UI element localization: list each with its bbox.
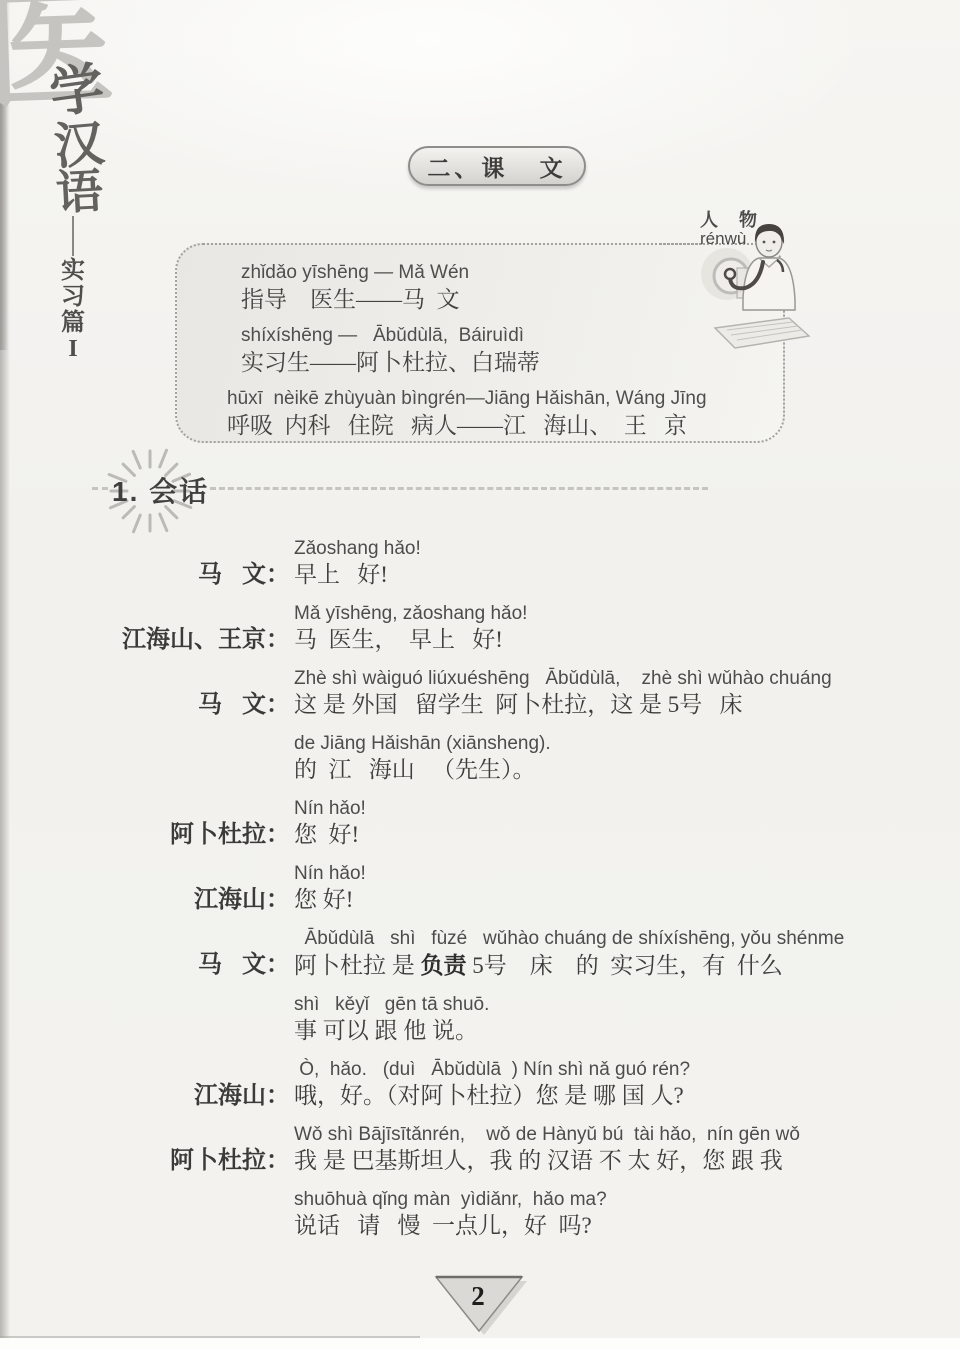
sidebar-title-char: 学	[47, 61, 108, 122]
utterance: 阿卜杜拉： Nín hǎo! 您 好!	[56, 798, 912, 863]
pinyin-line: Zhè shì wàiguó liúxuéshēng Ābǔdùlā, zhè …	[294, 668, 912, 690]
speaker-label: 江海山、王京：	[56, 603, 290, 655]
sidebar-series-char: 实	[58, 258, 88, 284]
sidebar-series-char: 习	[58, 284, 88, 310]
page-number-triangle: 2	[434, 1275, 530, 1337]
speaker-label: 阿卜杜拉：	[56, 1124, 290, 1176]
lesson-title-pill: 二、课 文	[408, 146, 586, 186]
utterance: 江海山、王京： Mǎ yīshēng, zǎoshang hǎo! 马 医生， …	[56, 603, 912, 668]
pinyin-line: de Jiāng Hǎishān (xiānsheng).	[294, 733, 912, 755]
pinyin-line: Zǎoshang hǎo!	[294, 538, 912, 560]
utterance: 马 文： Zhè shì wàiguó liúxuéshēng Ābǔdùlā,…	[56, 668, 912, 798]
renwu-label: 人 物 rénwù	[700, 211, 765, 247]
sidebar-series-char: 篇	[58, 310, 88, 336]
hanzi-line: 说话 请 慢 一点儿，好 吗?	[294, 1211, 912, 1241]
utterance: 江海山： Nín hǎo! 您 好!	[56, 863, 912, 928]
hanzi-bold-segment: 负责	[421, 952, 467, 978]
speaker-label: 马 文：	[56, 928, 290, 980]
speaker-label: 马 文：	[56, 668, 290, 720]
heading-dash-left	[92, 487, 108, 490]
hanzi-line: 马 医生， 早上 好!	[294, 625, 912, 655]
hanzi-segment: 阿卜杜拉 是	[294, 953, 421, 978]
hanzi-line: 您 好!	[294, 885, 912, 915]
pinyin-line: Mǎ yīshēng, zǎoshang hǎo!	[294, 603, 912, 625]
pinyin-line: Ābǔdùlā shì fùzé wǔhào chuáng de shíxísh…	[294, 928, 912, 950]
page-bottom-edge	[0, 1338, 960, 1349]
speaker-label: 马 文：	[56, 538, 290, 590]
utterance: 马 文： Zǎoshang hǎo! 早上 好!	[56, 538, 912, 603]
speaker-label: 江海山：	[56, 1059, 290, 1111]
hanzi-line: 阿卜杜拉 是 负责 5号 床 的 实习生，有 什么	[294, 950, 912, 981]
sidebar-series-label: 实 习 篇 I	[58, 258, 88, 362]
utterance: 阿卜杜拉： Wǒ shì Bājīsītǎnrén, wǒ de Hànyǔ b…	[56, 1124, 912, 1254]
pinyin-line: Nín hǎo!	[294, 798, 912, 820]
lesson-title: 二、课 文	[427, 150, 566, 183]
renwu-pinyin: rénwù	[700, 230, 765, 247]
pinyin-line: Nín hǎo!	[294, 863, 912, 885]
heading-dash-line	[210, 487, 708, 490]
hanzi-line: 的 江 海山 （先生）。	[294, 755, 912, 785]
pinyin-line: shuōhuà qǐng màn yìdiǎnr, hǎo ma?	[294, 1189, 912, 1211]
speaker-label: 江海山：	[56, 863, 290, 915]
textbook-page: { "page": { "background": "#f3f2ef", "te…	[0, 0, 960, 1349]
entry-pinyin: hūxī nèikē zhùyuàn bìngrén—Jiāng Hǎishān…	[227, 387, 783, 410]
renwu-hanzi: 人 物	[700, 211, 765, 229]
hanzi-line: 早上 好!	[294, 560, 912, 590]
hanzi-line: 事 可以 跟 他 说。	[294, 1016, 912, 1046]
page-number: 2	[434, 1281, 522, 1312]
dialogue: 马 文： Zǎoshang hǎo! 早上 好! 江海山、王京： Mǎ yīsh…	[56, 538, 912, 1254]
character-entry: hūxī nèikē zhùyuàn bìngrén—Jiāng Hǎishān…	[227, 387, 783, 439]
pinyin-line: Wǒ shì Bājīsītǎnrén, wǒ de Hànyǔ bú tài …	[294, 1124, 912, 1146]
utterance: 江海山： Ò, hǎo. (duì Ābǔdùlā ) Nín shì nǎ g…	[56, 1059, 912, 1124]
hanzi-line: 哦，好。（对阿卜杜拉）您 是 哪 国 人?	[294, 1081, 912, 1111]
hanzi-segment: 5号 床 的 实习生，有 什么	[467, 953, 783, 978]
entry-hanzi: 呼吸 内科 住院 病人——江 海山、 王 京	[227, 412, 783, 439]
section-heading-text: 1. 会话	[112, 470, 209, 510]
pinyin-line: Ò, hǎo. (duì Ābǔdùlā ) Nín shì nǎ guó ré…	[294, 1059, 912, 1081]
hanzi-line: 我 是 巴基斯坦人，我 的 汉语 不 太 好，您 跟 我	[294, 1146, 912, 1176]
sidebar-divider-line	[72, 216, 74, 256]
renwu-dotted-line	[660, 243, 702, 245]
hanzi-line: 这 是 外国 留学生 阿卜杜拉，这 是 5号 床	[294, 690, 912, 720]
utterance: 马 文： Ābǔdùlā shì fùzé wǔhào chuáng de sh…	[56, 928, 912, 1059]
section-heading: 1. 会话	[90, 443, 730, 543]
speaker-label: 阿卜杜拉：	[56, 798, 290, 850]
pinyin-line: shì kěyǐ gēn tā shuō.	[294, 994, 912, 1016]
hanzi-line: 您 好!	[294, 820, 912, 850]
sidebar-series-char: I	[58, 336, 88, 362]
sidebar-title-char: 语	[55, 169, 104, 218]
sidebar-title-char: 汉	[52, 118, 106, 172]
